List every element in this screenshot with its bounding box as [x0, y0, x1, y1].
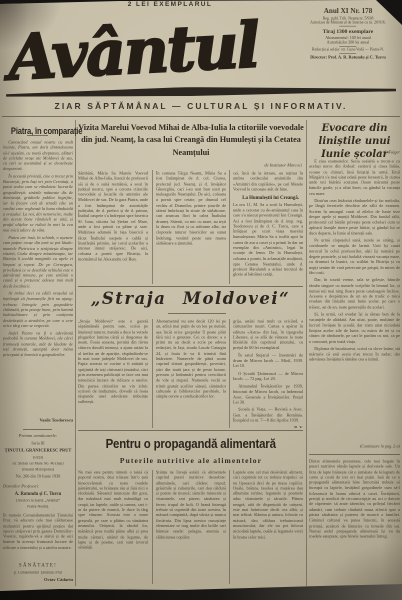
redaction-address: Redacția și ad-ția: str. Cuza-Vodă — Pia…	[297, 48, 399, 52]
main-column-3: cei, încă de la intrare, au reținut în u…	[233, 171, 303, 284]
paragraph: Ar trebui deci ca edilii orașului să înț…	[3, 291, 73, 329]
right-article-body: E ziua examenelor. Seria cealaltă a trec…	[309, 159, 400, 442]
main-headline: Vizita Marelui Voevod Mihai de Alba-Iuli…	[78, 122, 304, 159]
section-rule	[309, 454, 400, 455]
column-rule	[152, 319, 153, 428]
notice-role-2: Piatra-Neamț.	[3, 505, 73, 511]
straja-column-3: grija, astăzi mai mult ca oricând, a căr…	[233, 319, 303, 428]
notice-org: ȚINUTUL GRĂNICERESC PRUT	[3, 448, 73, 456]
column-rule	[152, 170, 153, 284]
headline-underline	[27, 135, 48, 136]
main-byline: de Institutor Marcoci	[150, 163, 302, 170]
continuation-note: (Continuare în pag. 2-a)	[309, 444, 400, 451]
review-signature: R. V.	[233, 426, 303, 428]
divider	[340, 26, 357, 27]
notice-sign-name: Octav Cădariu	[3, 577, 73, 585]
paragraph: Diploma de bacalaureat, scrisă cu slove …	[309, 347, 400, 363]
subscription-line-2: Autorităților 200 lei anual	[297, 40, 399, 45]
paragraph: În această privință, cine a trecut prin …	[3, 174, 73, 233]
column-rule	[75, 120, 76, 586]
article-signature: Vasile Teodorescu	[3, 418, 73, 426]
masthead-script: Avântul	[2, 8, 302, 92]
paragraph: Și, la urmă, cel evadat își ia rămas bun…	[309, 312, 400, 344]
food-column-4: Dintre alimentele prezentate, cele mai b…	[309, 459, 400, 584]
notice-body: În numele Comandamentului Ținutului Prut…	[3, 513, 73, 561]
food-column-3: Laptele este cel mai desăvârșit aliment,…	[233, 470, 303, 584]
column-rule	[229, 470, 230, 584]
price-line: 2 LEI EXEMPLARUL	[95, 1, 245, 8]
food-headline: Pentru o propagandă alimentară	[78, 435, 304, 453]
food-column-2: Știința ne învață astăzi că alimentele c…	[156, 470, 226, 584]
column-rule	[229, 170, 230, 284]
right-article-byline: de G. Fulger	[309, 150, 400, 157]
divider	[340, 46, 357, 47]
issue-info-box: Anul XI Nr. 178 Reg. publ. Trib. Neamț n…	[297, 7, 399, 87]
sub-headline: La Humuleștii lui Creangă.	[233, 195, 303, 201]
review-item: Almanahul Învățătorilor pe 1939, întocmi…	[233, 384, 303, 406]
notice-closing: SĂNĂTATE!	[3, 562, 73, 571]
divider	[23, 429, 52, 430]
notice-seria: Seria III	[3, 441, 73, 448]
headline-underline	[168, 313, 226, 314]
notice-salutation: Domnilor Profesori:	[3, 484, 73, 491]
masthead: Avântul	[2, 8, 302, 92]
paragraph: Astfel Piatra va fi o adevărată podoabă …	[3, 331, 73, 358]
tiraj-line: Tiraj 1300 exemplare	[297, 28, 399, 35]
paragraph: Dar, în scurtă vreme, sala se golește, b…	[309, 278, 400, 310]
newspaper-page: 2 LEI EXEMPLARUL Avântul Anul XI Nr. 178…	[0, 0, 402, 600]
straja-column-2: Abonamentul nu este decât 120 lei pe an,…	[156, 319, 226, 428]
main-column-2: În comuna Târgu Neamț, Măria Sa a fost î…	[156, 171, 226, 284]
left-article-headline: Piatra, în comparație	[2, 121, 74, 134]
review-item: În satul Stejarul — însemnări de drum de…	[233, 353, 303, 369]
review-item: O Școală Țărănească — de Mircea Iacob. —…	[233, 371, 303, 382]
notice-names: A. Rotundu și C. Turcu	[3, 491, 73, 499]
review-item: grija, astăzi mai mult ca oricând, a căr…	[233, 319, 303, 351]
paragraph: Pe urmă clopoțelul sună, tezele se strân…	[309, 238, 400, 276]
notice-intro: Primim următoarele:	[3, 433, 73, 441]
notice-number: No. 266 din 19 Iunie 1939	[3, 474, 73, 482]
main-column-1: Sâmbătă, Măria Sa Marele Voevod Mihai de…	[78, 171, 148, 284]
director-line: Director: Prof. A. R. Rotundu și C. Turc…	[297, 55, 399, 60]
left-article-body: Cunoscând orașul nostru cu mult înainte,…	[3, 140, 73, 416]
review-item: Școala și Viața. — Revistă a Asoc. Gen. …	[233, 408, 303, 424]
column-rule	[306, 120, 307, 586]
paragraph: Cunoscând orașul nostru cu mult înainte,…	[3, 140, 73, 172]
paragraph: E ziua examenelor. Seria cealaltă a trec…	[309, 159, 400, 197]
paragraph: Dintr'un ceas întârziat rândunelele-și f…	[309, 199, 400, 237]
masthead-title: Avântul	[2, 8, 260, 92]
issue-number: Anul XI Nr. 178	[297, 7, 399, 15]
divider	[340, 53, 357, 54]
photo-background: 2 LEI EXEMPLARUL Avântul Anul XI Nr. 178…	[0, 0, 402, 600]
banner-rule	[2, 116, 400, 117]
straja-headline: „Straja Moldovei“	[78, 289, 303, 315]
right-article-headline: Evocare din liniștile unui Iunie școlar	[309, 122, 400, 149]
banner-subtitle: ZIAR SĂPTĂMÂNAL — CULTURAL ȘI INFORMATIV…	[0, 101, 402, 111]
food-subtitle: Puterile nutritive ale alimentelor	[78, 456, 304, 465]
column-rule	[152, 470, 153, 584]
paragraph: Piatra are însă, în schimb, o așezare cu…	[3, 236, 73, 290]
section-rule	[78, 286, 303, 287]
column-rule	[229, 319, 230, 428]
section-rule	[78, 430, 303, 431]
food-column-1: Nu mai este pentru nimeni o taină că pop…	[78, 470, 148, 584]
straja-column-1: „Straja Moldovei“ este o gazetă săptămân…	[78, 319, 148, 428]
registration-line-2: Autorizat de Ministerul de Interne cu nr…	[297, 21, 399, 25]
